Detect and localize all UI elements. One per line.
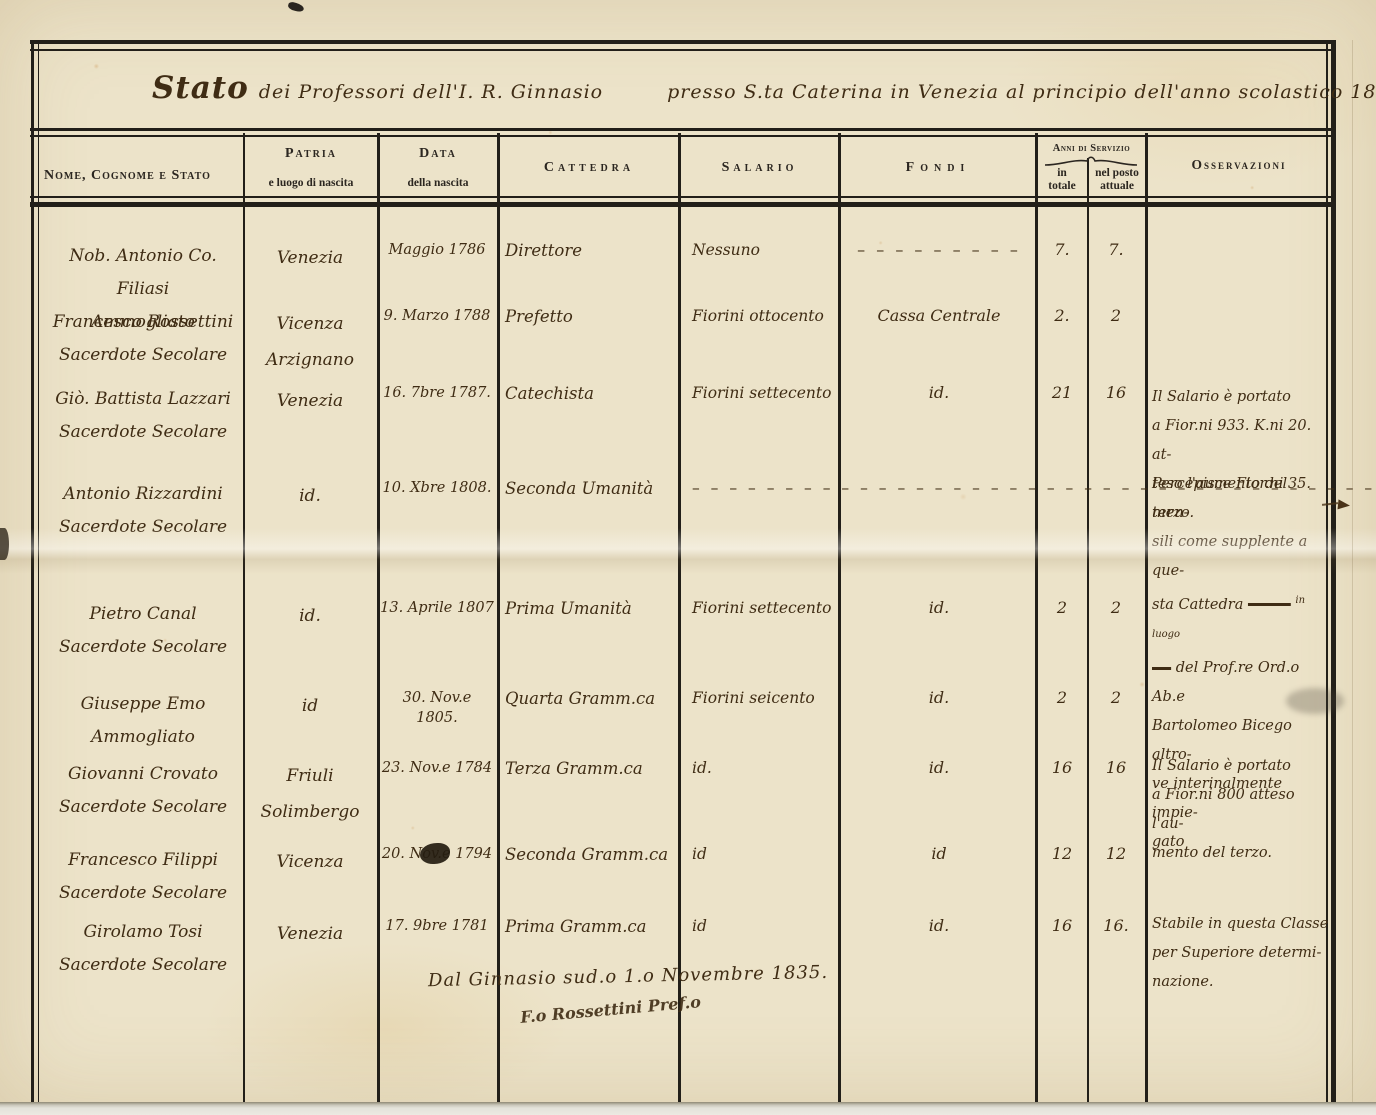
cell-anni-posto: 2 (1090, 306, 1142, 326)
cell-cattedra: Prima Gramm.ca (505, 916, 680, 938)
cell-anni-posto: 2 (1090, 688, 1142, 708)
gray-smudge (1286, 688, 1344, 714)
document-title: Statodei Professori dell'I. R. Ginnasiop… (152, 70, 1292, 106)
header-bottom-rule-heavy (30, 202, 1336, 207)
frame-top-thin (30, 49, 1336, 51)
cell-patria: Venezia (248, 383, 372, 419)
cell-anni-totale: 2 (1038, 598, 1086, 618)
cell-data-nascita: 30. Nov.e 1805. (380, 688, 494, 728)
cell-salario: id (692, 844, 837, 864)
header-salario: Salario (681, 160, 838, 176)
header-bottom-rule-thin (30, 196, 1336, 198)
col-sep-anni-oss (1145, 133, 1148, 1104)
cell-salario: – – – – – – – – – – – – – – – – – – – – … (692, 478, 837, 498)
header-nome: Nome, Cognome e Stato (44, 168, 240, 184)
cell-anni-posto: 16 (1090, 758, 1142, 778)
cell-patria: Friuli Solimbergo (248, 758, 372, 830)
margin-ink-arrow (1338, 499, 1351, 510)
col-sep-anni-sub (1087, 158, 1089, 1104)
cell-anni-totale: 12 (1038, 844, 1086, 864)
cell-data-nascita: 13. Aprile 1807 (380, 598, 494, 618)
cell-anni-totale: 16 (1038, 916, 1086, 936)
cell-patria: Vicenza (248, 844, 372, 880)
cell-salario: Fiorini settecento (692, 598, 837, 618)
cell-anni-posto: 16 (1090, 383, 1142, 403)
header-fondi: Fondi (841, 160, 1035, 176)
header-anni-posto: nel posto attuale (1089, 167, 1145, 193)
header-patria-sub: e luogo di nascita (248, 177, 374, 189)
cell-name: Francesco Filippi Sacerdote Secolare (46, 844, 240, 910)
cell-patria: Vicenza Arzignano (248, 306, 372, 378)
cell-salario: Fiorini settecento (692, 383, 837, 403)
cell-name: Giovanni Crovato Sacerdote Secolare (46, 758, 240, 824)
header-osservazioni: Osservazioni (1148, 157, 1330, 173)
cell-patria: id (248, 688, 372, 724)
cell-cattedra: Seconda Gramm.ca (505, 844, 680, 866)
title-rest: dei Professori dell'I. R. Ginnasio (259, 81, 603, 103)
col-sep-nome-patria (243, 133, 245, 1104)
right-paper-crease (1352, 40, 1353, 1104)
cell-data-nascita: 10. Xbre 1808. (380, 478, 494, 498)
cell-cattedra: Seconda Umanità (505, 478, 680, 500)
col-sep-patria-data (377, 133, 380, 1104)
col-sep-salario-fondi (838, 133, 841, 1104)
cell-salario: Fiorini seicento (692, 688, 837, 708)
cell-name: Girolamo Tosi Sacerdote Secolare (46, 916, 240, 982)
cell-name: Giò. Battista Lazzari Sacerdote Secolare (46, 383, 240, 449)
anni-brace (1043, 155, 1139, 167)
frame-left-heavy (31, 40, 34, 1104)
cell-osservazioni: Stabile in questa Classe per Superiore d… (1152, 910, 1330, 997)
cell-salario: Fiorini ottocento (692, 306, 837, 326)
cell-fondi: id. (844, 688, 1034, 708)
cell-fondi: id. (844, 916, 1034, 936)
frame-right-outer (1331, 40, 1336, 1104)
cell-anni-posto: 16. (1090, 916, 1142, 936)
title-part2: presso S.ta Caterina in Venezia al princ… (667, 81, 1376, 103)
cell-salario: Nessuno (692, 240, 837, 260)
cell-fondi: id. (844, 383, 1034, 403)
cell-anni-posto: 2 (1090, 598, 1142, 618)
cell-anni-posto: 7. (1090, 240, 1142, 260)
frame-left-thin (38, 40, 39, 1104)
cell-fondi: id (844, 844, 1034, 864)
header-top-rule-thin (30, 135, 1336, 137)
cell-data-nascita: Maggio 1786 (380, 240, 494, 260)
cell-data-nascita: 23. Nov.e 1784 (380, 758, 494, 778)
header-top-rule-heavy (30, 128, 1336, 131)
title-lead: Stato (152, 70, 249, 106)
header-anni: Anni di Servizio (1038, 143, 1145, 154)
cell-name: Pietro Canal Sacerdote Secolare (46, 598, 240, 664)
cell-fondi: Cassa Centrale (844, 306, 1034, 326)
cell-anni-totale: 21 (1038, 383, 1086, 403)
cell-osservazioni: Il Salario è portato a Fior.ni 800 attes… (1152, 752, 1330, 868)
header-cattedra: Cattedra (500, 160, 678, 176)
cell-anni-posto: 12 (1090, 844, 1142, 864)
cell-cattedra: Prefetto (505, 306, 680, 328)
col-sep-data-cattedra (497, 133, 500, 1104)
cell-cattedra: Prima Umanità (505, 598, 680, 620)
cell-data-nascita: 17. 9bre 1781 (380, 916, 494, 936)
cell-name: Francesco Rossettini Sacerdote Secolare (46, 306, 240, 372)
cell-anni-totale: 2. (1038, 306, 1086, 326)
cell-patria: id. (248, 598, 372, 634)
scanner-paper-edge (0, 1102, 1376, 1115)
cell-salario: id. (692, 758, 837, 778)
cell-cattedra: Quarta Gramm.ca (505, 688, 680, 710)
cell-cattedra: Direttore (505, 240, 680, 262)
cell-patria: Venezia (248, 240, 372, 276)
cell-anni-totale: 16 (1038, 758, 1086, 778)
col-sep-fondi-anni (1035, 133, 1038, 1104)
cell-data-nascita: 9. Marzo 1788 (380, 306, 494, 326)
header-data-sub: della nascita (382, 177, 494, 189)
cell-fondi: id. (844, 598, 1034, 618)
left-edge-fold-shadow (0, 528, 9, 560)
header-anni-totale: in totale (1038, 167, 1086, 193)
cell-salario: id (692, 916, 837, 936)
cell-patria: id. (248, 478, 372, 514)
cell-cattedra: Terza Gramm.ca (505, 758, 680, 780)
cell-cattedra: Catechista (505, 383, 680, 405)
cell-fondi: id. (844, 758, 1034, 778)
header-patria: Patria (248, 146, 374, 162)
cell-name: Antonio Rizzardini Sacerdote Secolare (46, 478, 240, 544)
cell-anni-totale: 2 (1038, 688, 1086, 708)
cell-fondi: – – – – – – – – – (844, 240, 1034, 260)
cell-data-nascita: 16. 7bre 1787. (380, 383, 494, 403)
cell-name: Giuseppe Emo Ammogliato (46, 688, 240, 754)
frame-top-heavy (30, 40, 1336, 44)
cell-patria: Venezia (248, 916, 372, 952)
header-data: Data (382, 146, 494, 162)
cell-anni-totale: 7. (1038, 240, 1086, 260)
